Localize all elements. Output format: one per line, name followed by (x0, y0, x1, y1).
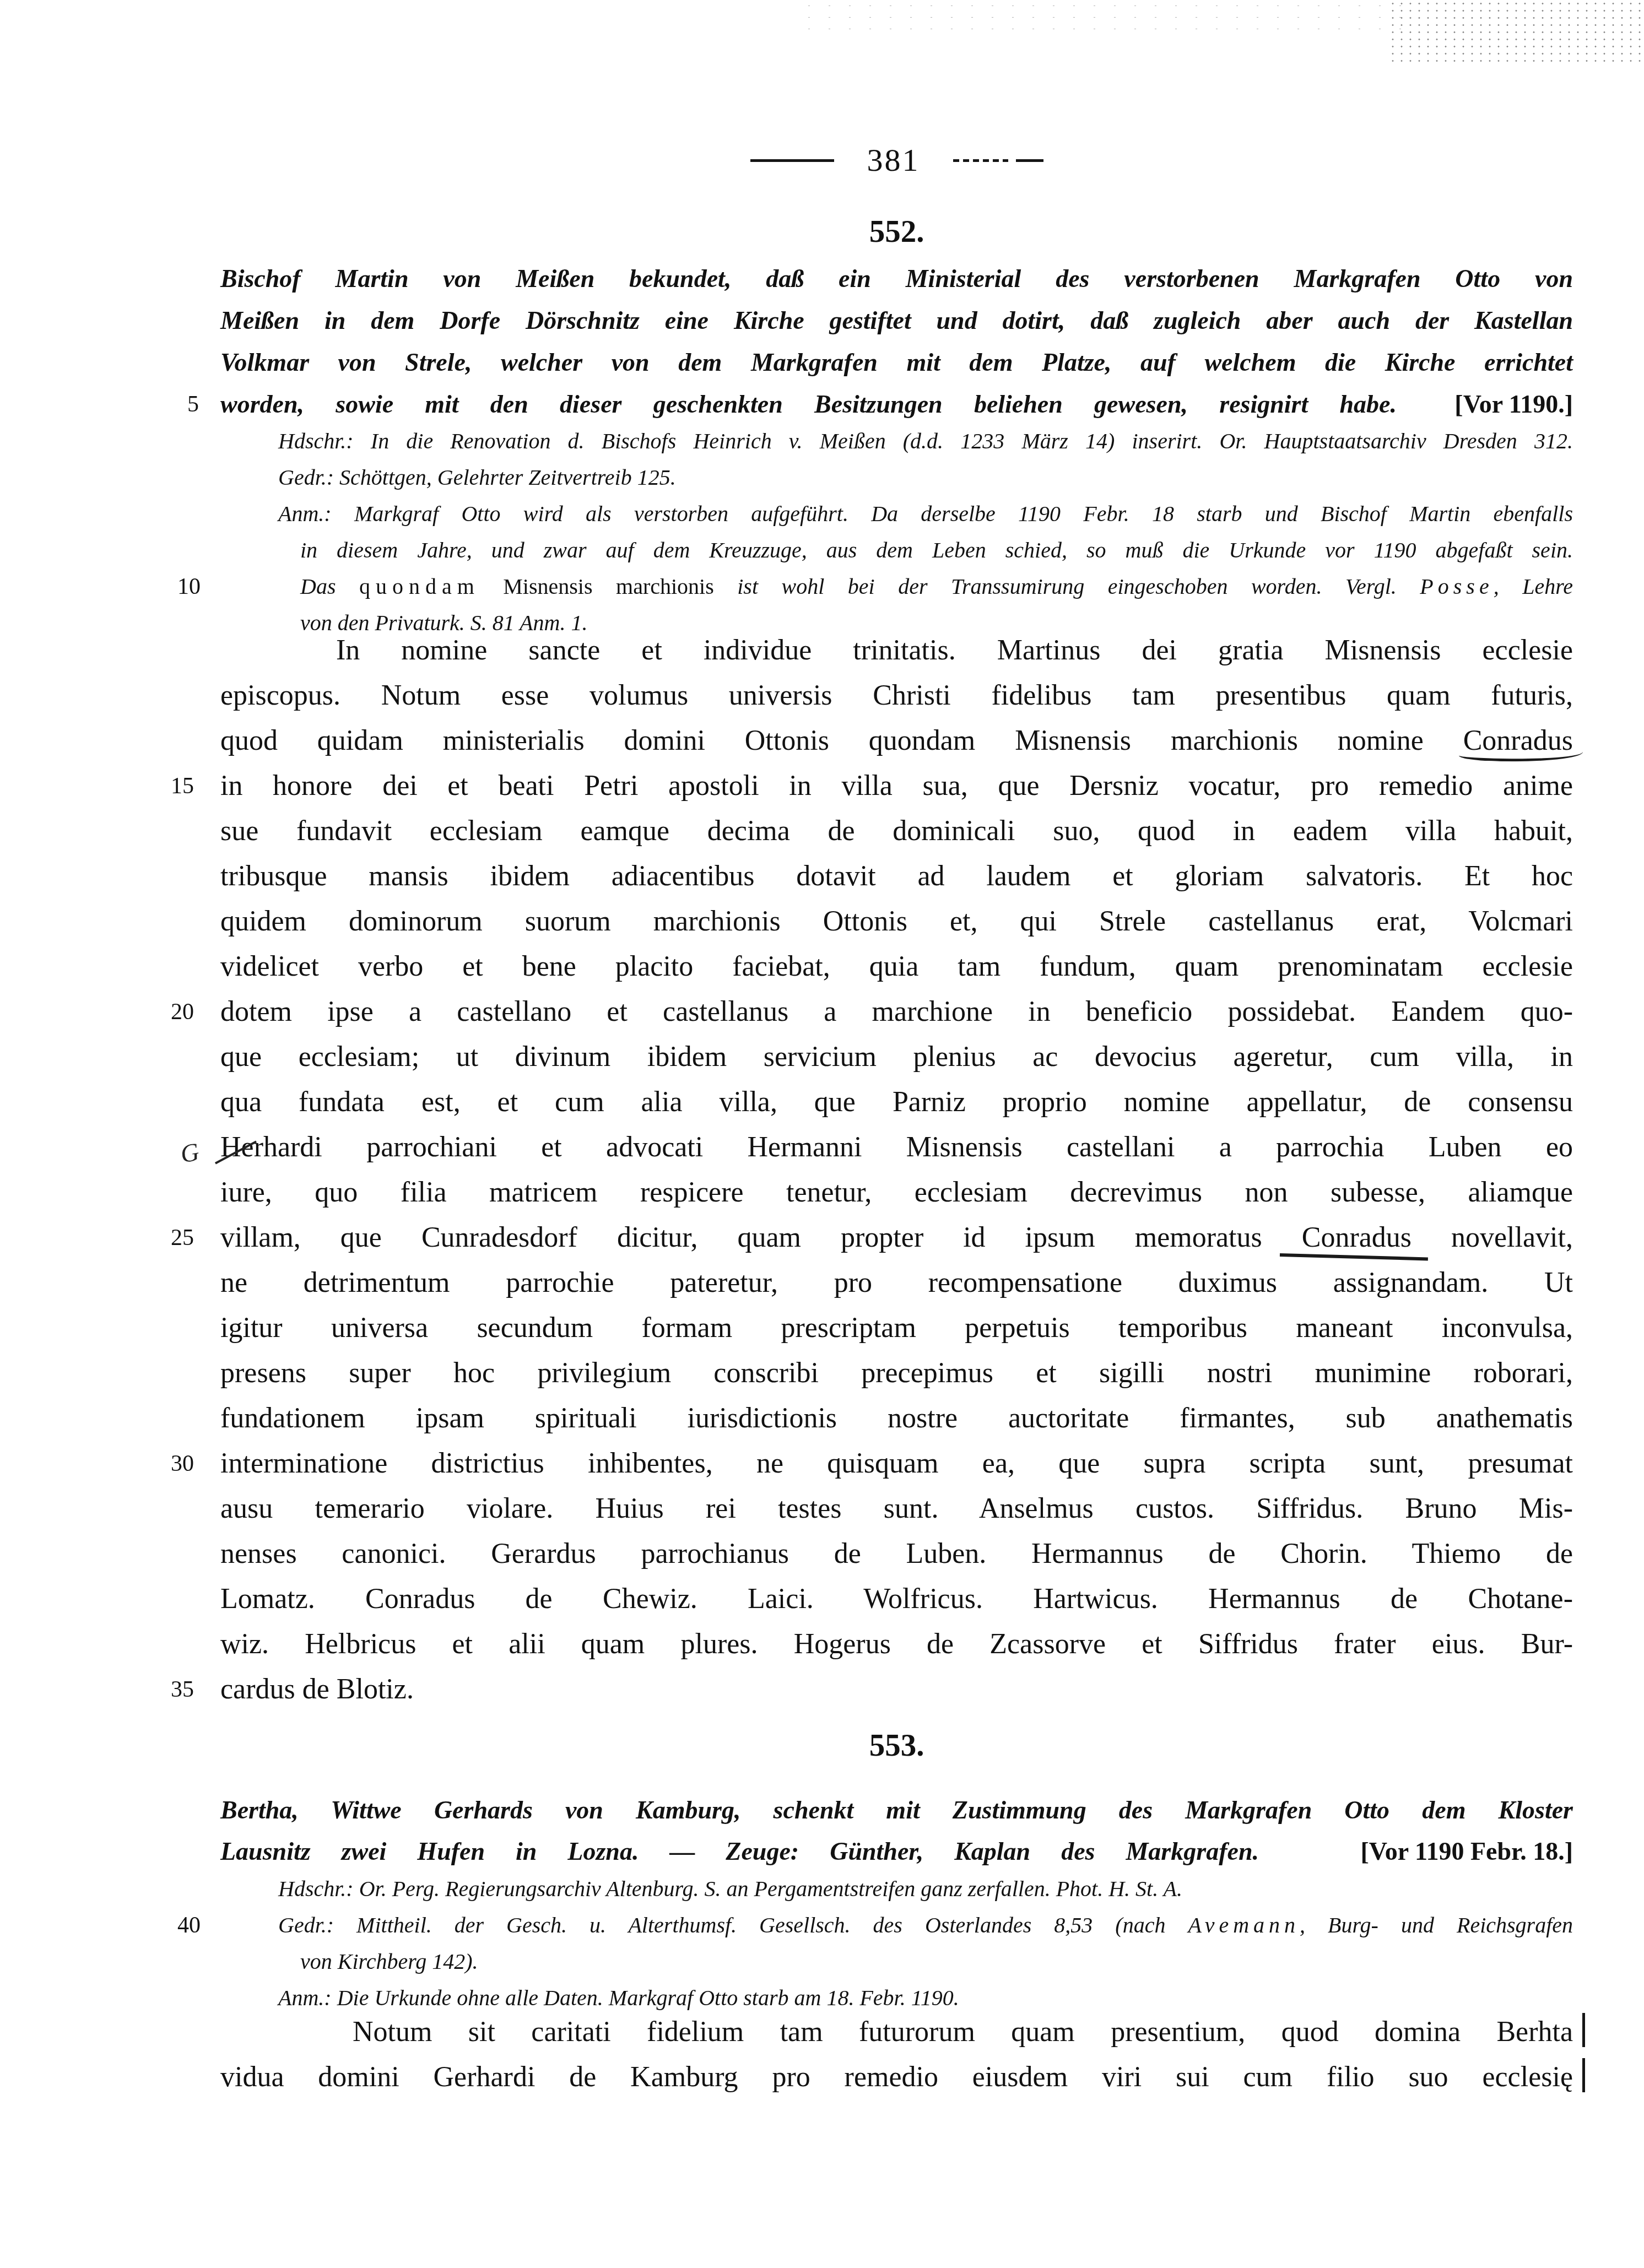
note-text: , Burg- und Reichsgrafen (1300, 1913, 1573, 1937)
page-header: 381 (220, 144, 1573, 176)
annotated-name: Conradus (1463, 725, 1573, 756)
margin-line-number: 35 (171, 1667, 194, 1712)
doc-553-summary: Bertha, Wittwe Gerhards von Kamburg, sch… (220, 1789, 1573, 1872)
summary-line: Meißen in dem Dorfe Dörschnitz eine Kirc… (220, 300, 1573, 342)
date-label: [Vor 1190.] (1454, 383, 1573, 425)
margin-line-number: 25 (171, 1215, 194, 1260)
body-line: 30interminatione districtius inhibentes,… (220, 1441, 1573, 1486)
margin-line-number: 40 (177, 1907, 201, 1944)
body-line: qua fundata est, et cum alia villa, que … (220, 1080, 1573, 1125)
body-line: 25villam, que Cunradesdorf dicitur, quam… (220, 1215, 1573, 1260)
doc-552-body: In nomine sancte et individue trinitatis… (220, 628, 1573, 1712)
body-line: GHerhardi parrochiani et advocati Herman… (220, 1125, 1573, 1170)
header-rule-solid (1016, 159, 1043, 162)
body-line: tribusque mansis ibidem adiacentibus dot… (220, 854, 1573, 899)
body-line: 15in honore dei et beati Petri apostoli … (220, 764, 1573, 809)
doc-552-summary: Bischof Martin von Meißen bekundet, daß … (220, 258, 1573, 425)
scan-noise (1388, 0, 1644, 66)
margin-stroke (1582, 2013, 1585, 2047)
body-line: 35cardus de Blotiz. (220, 1667, 1573, 1712)
scanned-page: 381 552. Bischof Martin von Meißen bekun… (0, 0, 1644, 2268)
doc-553-notes: Hdschr.: Or. Perg. Regierungsarchiv Alte… (220, 1871, 1573, 2016)
note-text: Das (300, 574, 359, 599)
note-text-upright: Misnensis marchionis (480, 574, 737, 599)
summary-line: Bertha, Wittwe Gerhards von Kamburg, sch… (220, 1789, 1573, 1831)
body-line: 20dotem ipse a castellano et castellanus… (220, 989, 1573, 1035)
body-text: novellavit, (1412, 1222, 1573, 1253)
body-text: erhardi parrochiani et advocati Hermanni… (241, 1132, 1573, 1163)
body-line: quidem dominorum suorum marchionis Otton… (220, 899, 1573, 944)
note-line: in diesem Jahre, und zwar auf dem Kreuzz… (220, 532, 1573, 569)
note-line-gedr: 40Gedr.: Mittheil. der Gesch. u. Alterth… (220, 1907, 1573, 1944)
body-line: que ecclesiam; ut divinum ibidem servici… (220, 1035, 1573, 1080)
body-text: interminatione districtius inhibentes, n… (220, 1448, 1573, 1479)
body-line: quod quidam ministerialis domini Ottonis… (220, 718, 1573, 764)
body-text: vidua domini Gerhardi de Kamburg pro rem… (220, 2061, 1573, 2093)
margin-line-number: 20 (171, 989, 194, 1035)
margin-line-number: 30 (171, 1441, 194, 1486)
body-line: Notum sit caritati fidelium tam futuroru… (220, 2010, 1573, 2055)
summary-line: Lausnitz zwei Hufen in Lozna. — Zeuge: G… (220, 1831, 1573, 1872)
header-rule-dotted (953, 159, 1008, 162)
handwritten-annotation: G (177, 1129, 203, 1177)
body-text: quod quidam ministerialis domini Ottonis… (220, 725, 1463, 756)
margin-stroke (1582, 2058, 1585, 2092)
note-text: , Lehre (1494, 574, 1573, 599)
header-rule-left (750, 159, 834, 162)
doc-553-heading: 553. (220, 1730, 1573, 1761)
body-line: episcopus. Notum esse volumus universis … (220, 673, 1573, 718)
doc-553-body: Notum sit caritati fidelium tam futuroru… (220, 2010, 1573, 2100)
note-line-hdschr: Hdschr.: In die Renovation d. Bischofs H… (220, 423, 1573, 459)
margin-line-number: 5 (187, 383, 199, 425)
doc-552-heading: 552. (220, 216, 1573, 247)
margin-line-number: 10 (177, 569, 201, 605)
body-line: Lomatz. Conradus de Chewiz. Laici. Wolfr… (220, 1577, 1573, 1622)
note-text: Gedr.: Mittheil. der Gesch. u. Alterthum… (278, 1913, 1188, 1937)
body-line: wiz. Helbricus et alii quam plures. Hoge… (220, 1622, 1573, 1667)
margin-line-number: 15 (171, 764, 194, 809)
scan-noise (799, 0, 1405, 39)
note-text-spaced: quondam (359, 574, 480, 599)
header-rule-right (953, 159, 1043, 162)
body-line: vidua domini Gerhardi de Kamburg pro rem… (220, 2055, 1573, 2100)
annotated-initial: H (220, 1125, 241, 1170)
note-text-spaced: Posse (1420, 574, 1493, 599)
note-line-hdschr: Hdschr.: Or. Perg. Regierungsarchiv Alte… (220, 1871, 1573, 1907)
note-line: von Kirchberg 142). (220, 1944, 1573, 1980)
summary-line: 5 worden, sowie mit den dieser geschenkt… (220, 383, 1573, 425)
date-label: [Vor 1190 Febr. 18.] (1361, 1831, 1573, 1872)
note-line-gedr: Gedr.: Schöttgen, Gelehrter Zeitvertreib… (220, 459, 1573, 496)
note-text: ist wohl bei der Transsumirung eingescho… (737, 574, 1420, 599)
annotated-name: Conradus (1302, 1222, 1412, 1253)
summary-line: Volkmar von Strele, welcher von dem Mark… (220, 342, 1573, 383)
body-line: ne detrimentum parrochie pateretur, pro … (220, 1260, 1573, 1306)
body-text: Notum sit caritati fidelium tam futuroru… (353, 2016, 1573, 2048)
note-text-spaced: Avemann (1188, 1913, 1300, 1937)
body-line: In nomine sancte et individue trinitatis… (220, 628, 1573, 673)
summary-line: Bischof Martin von Meißen bekundet, daß … (220, 258, 1573, 300)
body-text: cardus de Blotiz. (220, 1674, 414, 1705)
body-text: dotem ipse a castellano et castellanus a… (220, 996, 1573, 1027)
summary-text: worden, sowie mit den dieser geschenkten… (220, 383, 1397, 425)
body-line: igitur universa secundum formam prescrip… (220, 1306, 1573, 1351)
page-number: 381 (867, 144, 920, 176)
body-text: in honore dei et beati Petri apostoli in… (220, 770, 1573, 802)
body-line: nenses canonici. Gerardus parrochianus d… (220, 1531, 1573, 1577)
body-line: ausu temerario violare. Huius rei testes… (220, 1486, 1573, 1531)
body-text: villam, que Cunradesdorf dicitur, quam p… (220, 1222, 1302, 1253)
note-line-anm: Anm.: Markgraf Otto wird als verstorben … (220, 496, 1573, 532)
body-line: presens super hoc privilegium conscribi … (220, 1351, 1573, 1396)
summary-text: Lausnitz zwei Hufen in Lozna. — Zeuge: G… (220, 1831, 1259, 1872)
body-line: videlicet verbo et bene placito faciebat… (220, 944, 1573, 989)
note-line: 10Das quondam Misnensis marchionis ist w… (220, 569, 1573, 605)
body-line: sue fundavit ecclesiam eamque decima de … (220, 809, 1573, 854)
doc-552-notes: Hdschr.: In die Renovation d. Bischofs H… (220, 423, 1573, 641)
body-line: fundationem ipsam spirituali iurisdictio… (220, 1396, 1573, 1441)
body-line: iure, quo filia matricem respicere tenet… (220, 1170, 1573, 1215)
